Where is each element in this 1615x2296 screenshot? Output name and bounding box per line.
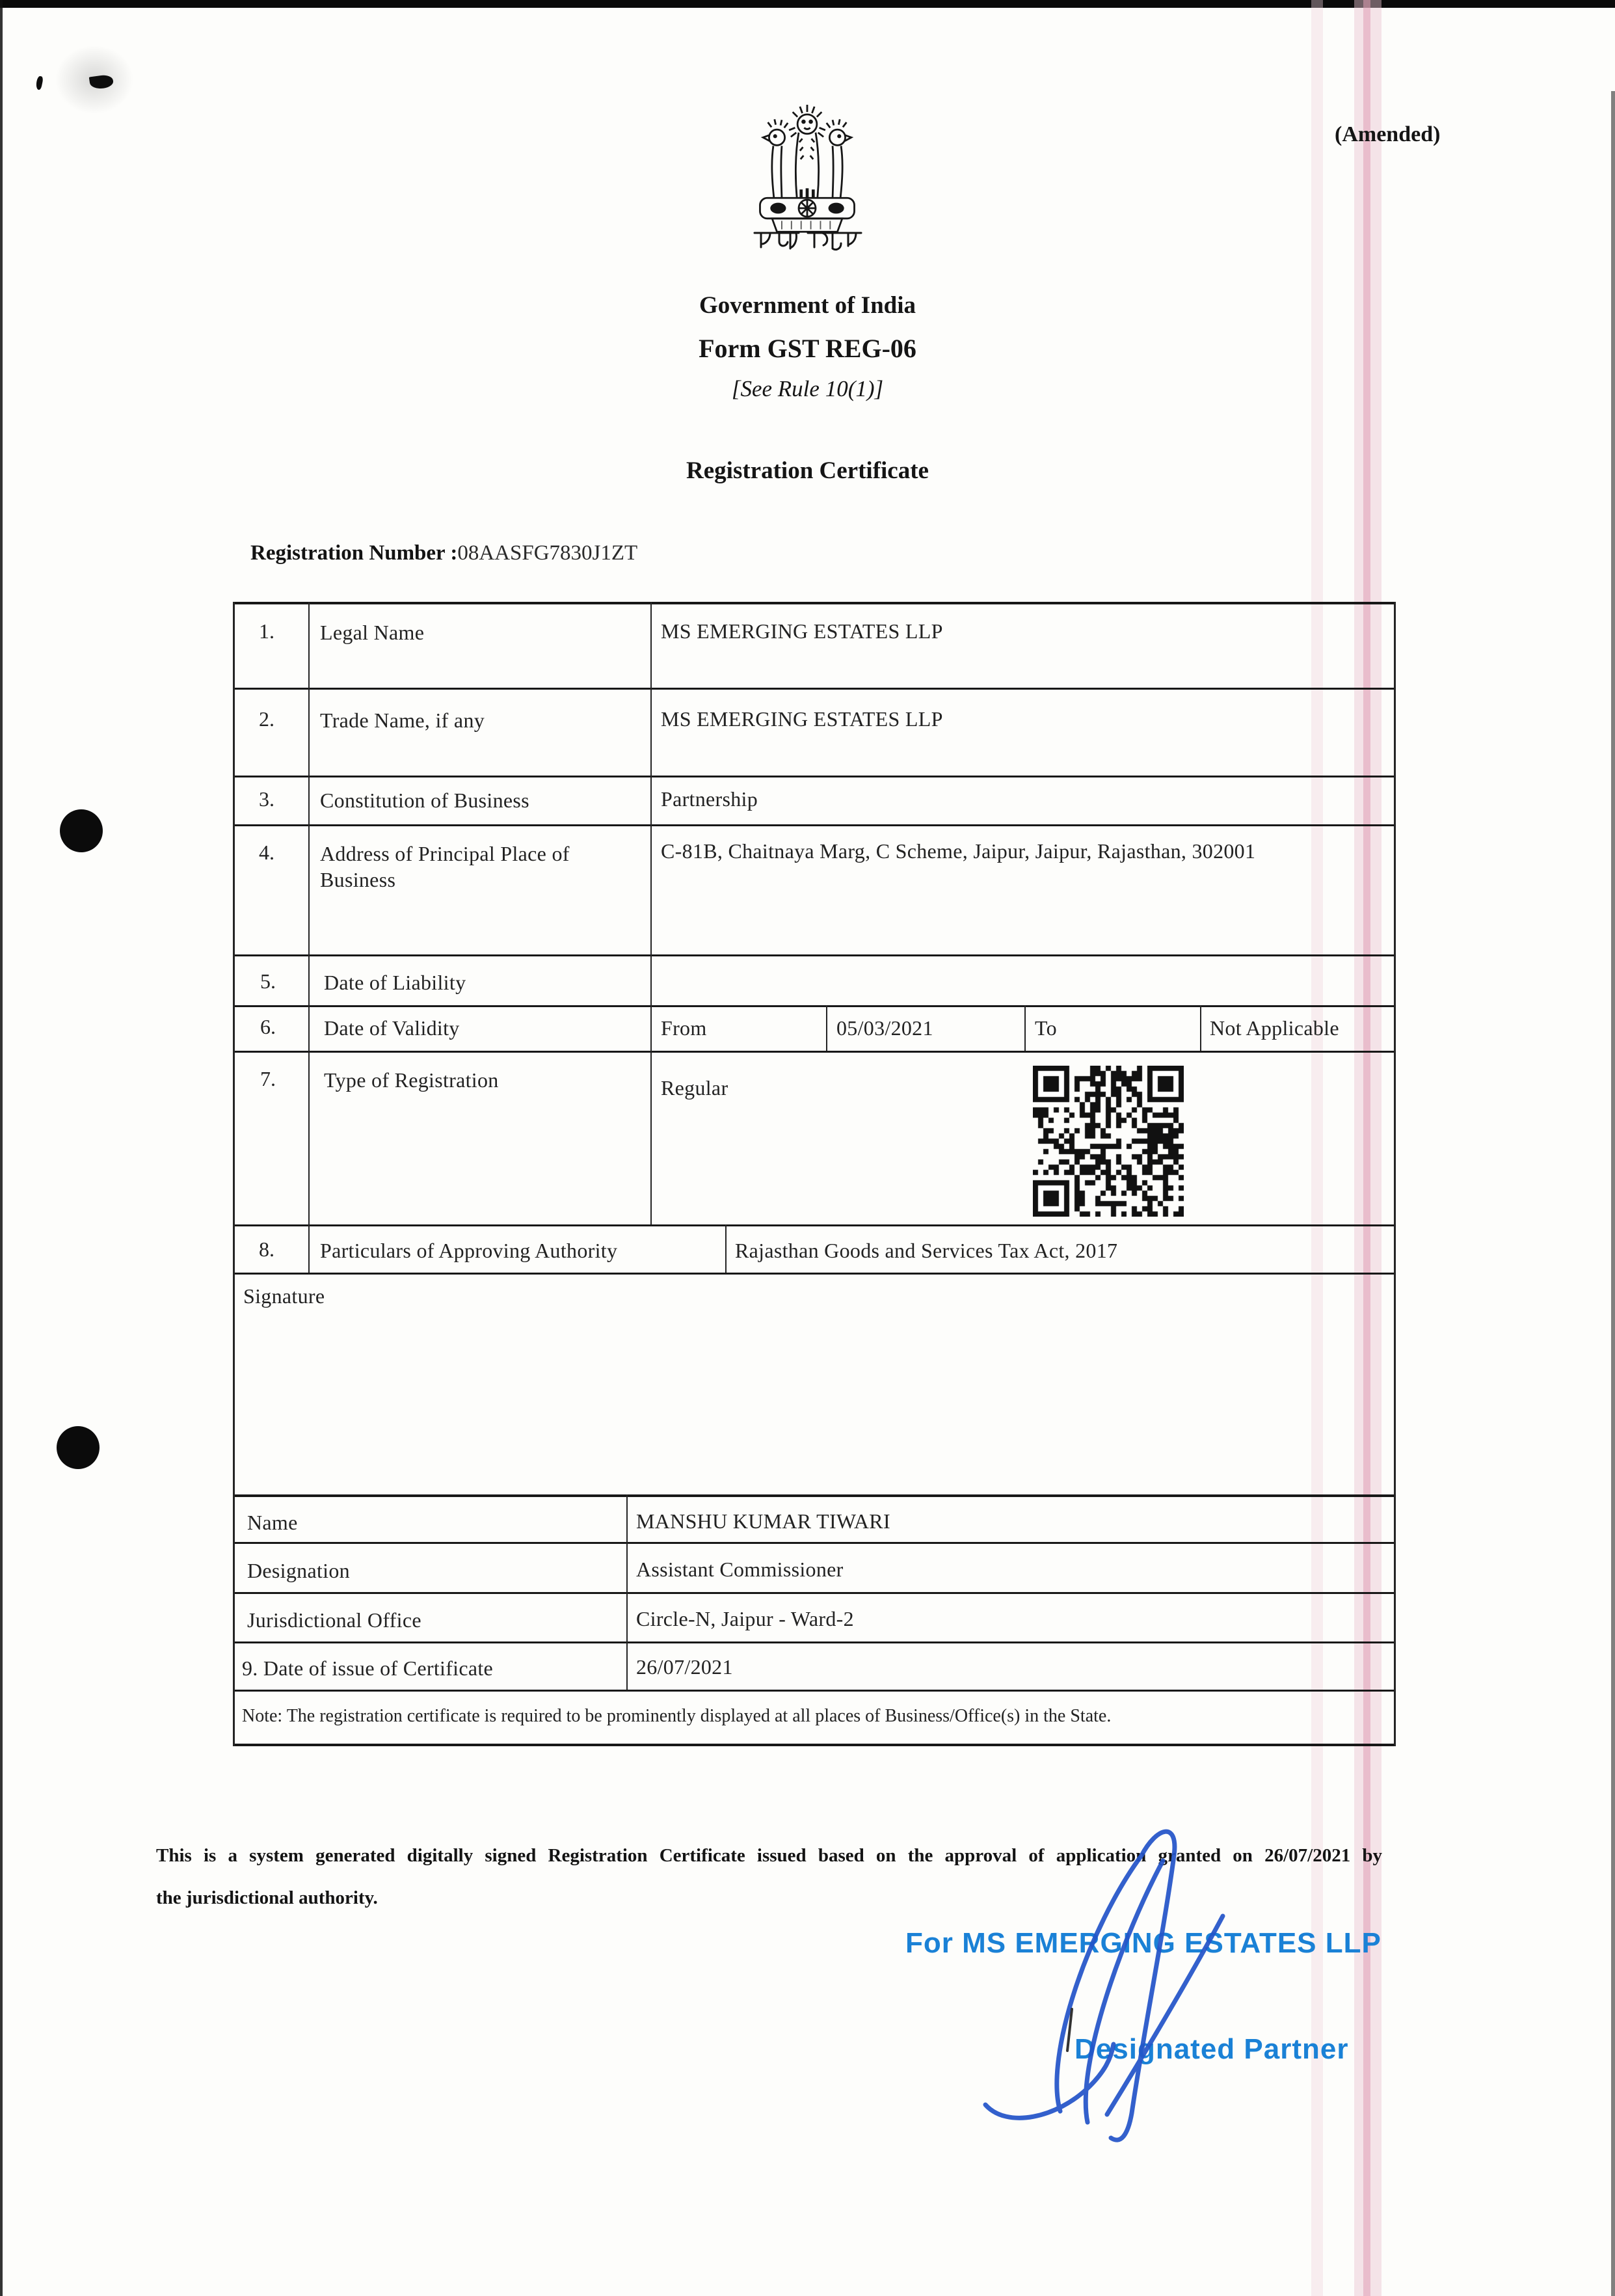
grid-line xyxy=(233,1005,1395,1007)
officer-label: 9. Date of issue of Certificate xyxy=(242,1655,493,1681)
grid-line xyxy=(233,1273,1395,1275)
validity-to-label: To xyxy=(1035,1015,1057,1041)
header-form-title: Form GST REG-06 xyxy=(0,333,1615,364)
row-label: Date of Liability xyxy=(324,969,466,995)
punch-hole-bottom xyxy=(57,1426,100,1469)
officer-label: Designation xyxy=(247,1558,350,1584)
grid-line xyxy=(308,602,310,1273)
grid-line xyxy=(233,1051,1395,1053)
row-label: Legal Name xyxy=(320,619,424,645)
row-label: Address of Principal Place of Business xyxy=(320,841,626,893)
row-value: MS EMERGING ESTATES LLP xyxy=(661,618,943,644)
grid-line xyxy=(233,776,1395,777)
grid-line xyxy=(233,1494,1395,1497)
row-sno: 3. xyxy=(259,787,274,811)
grid-line xyxy=(233,1592,1395,1594)
row-label: Trade Name, if any xyxy=(320,707,485,733)
pen-mark-small xyxy=(35,75,44,90)
emblem-motto-glyphs xyxy=(753,229,862,255)
officer-label: Jurisdictional Office xyxy=(247,1607,421,1633)
row-sno: 4. xyxy=(259,841,274,865)
qr-code xyxy=(1033,1066,1184,1217)
validity-from-label: From xyxy=(661,1015,707,1041)
row-sno: 1. xyxy=(259,619,274,643)
header-certificate-title: Registration Certificate xyxy=(0,457,1615,485)
row-sno: 6. xyxy=(260,1015,276,1039)
row-value: C-81B, Chaitnaya Marg, C Scheme, Jaipur,… xyxy=(661,838,1383,864)
amended-tag: (Amended) xyxy=(1335,122,1440,147)
signature-label: Signature xyxy=(243,1283,325,1309)
scanned-certificate-page: (Amended) xyxy=(0,0,1615,2296)
grid-line xyxy=(233,1690,1395,1692)
grid-line xyxy=(233,954,1395,956)
registration-number-label: Registration Number : xyxy=(250,541,457,565)
table-note: Note: The registration certificate is re… xyxy=(242,1706,1387,1727)
validity-to-value: Not Applicable xyxy=(1210,1015,1339,1041)
row-sno: 7. xyxy=(260,1067,276,1091)
grid-line xyxy=(233,1542,1395,1544)
registration-number-line: Registration Number :08AASFG7830J1ZT xyxy=(250,541,637,565)
punch-hole-top xyxy=(60,809,103,852)
grid-line xyxy=(233,602,1395,604)
row-label: Date of Validity xyxy=(324,1015,460,1041)
officer-label: Name xyxy=(247,1509,298,1535)
grid-line xyxy=(233,1224,1395,1226)
national-emblem-of-india xyxy=(747,96,868,234)
grid-line xyxy=(233,602,235,1746)
row-value: MS EMERGING ESTATES LLP xyxy=(661,706,943,732)
grid-line xyxy=(1024,1005,1026,1051)
grid-line xyxy=(233,1744,1395,1746)
validity-from-value: 05/03/2021 xyxy=(836,1015,933,1041)
header-rule-ref: [See Rule 10(1)] xyxy=(0,376,1615,402)
header-government: Government of India xyxy=(0,291,1615,319)
grid-line xyxy=(626,1494,628,1690)
row-value: Regular xyxy=(661,1075,728,1101)
row-label: Constitution of Business xyxy=(320,787,529,813)
scan-top-edge xyxy=(0,0,1615,8)
row-sno: 2. xyxy=(259,707,274,731)
row-sno: 8. xyxy=(259,1237,274,1262)
grid-line xyxy=(233,1641,1395,1643)
grid-line xyxy=(233,688,1395,690)
grid-line xyxy=(233,824,1395,826)
row-label: Type of Registration xyxy=(324,1067,499,1093)
officer-value: Circle-N, Jaipur - Ward-2 xyxy=(636,1606,854,1632)
row-label: Particulars of Approving Authority xyxy=(320,1237,617,1263)
officer-value: 26/07/2021 xyxy=(636,1654,733,1680)
scan-right-edge xyxy=(1611,91,1615,2296)
registration-number-value: 08AASFG7830J1ZT xyxy=(457,541,637,565)
officer-value: Assistant Commissioner xyxy=(636,1556,844,1582)
grid-line xyxy=(725,1224,727,1273)
grid-line xyxy=(650,602,652,1224)
grid-line xyxy=(1394,602,1396,1746)
row-sno: 5. xyxy=(260,969,276,993)
row-value: Partnership xyxy=(661,786,758,812)
officer-value: MANSHU KUMAR TIWARI xyxy=(636,1508,890,1534)
grid-line xyxy=(826,1005,827,1051)
grid-line xyxy=(1200,1005,1201,1051)
handwritten-signature xyxy=(937,1809,1301,2173)
row-value: Rajasthan Goods and Services Tax Act, 20… xyxy=(735,1237,1117,1263)
